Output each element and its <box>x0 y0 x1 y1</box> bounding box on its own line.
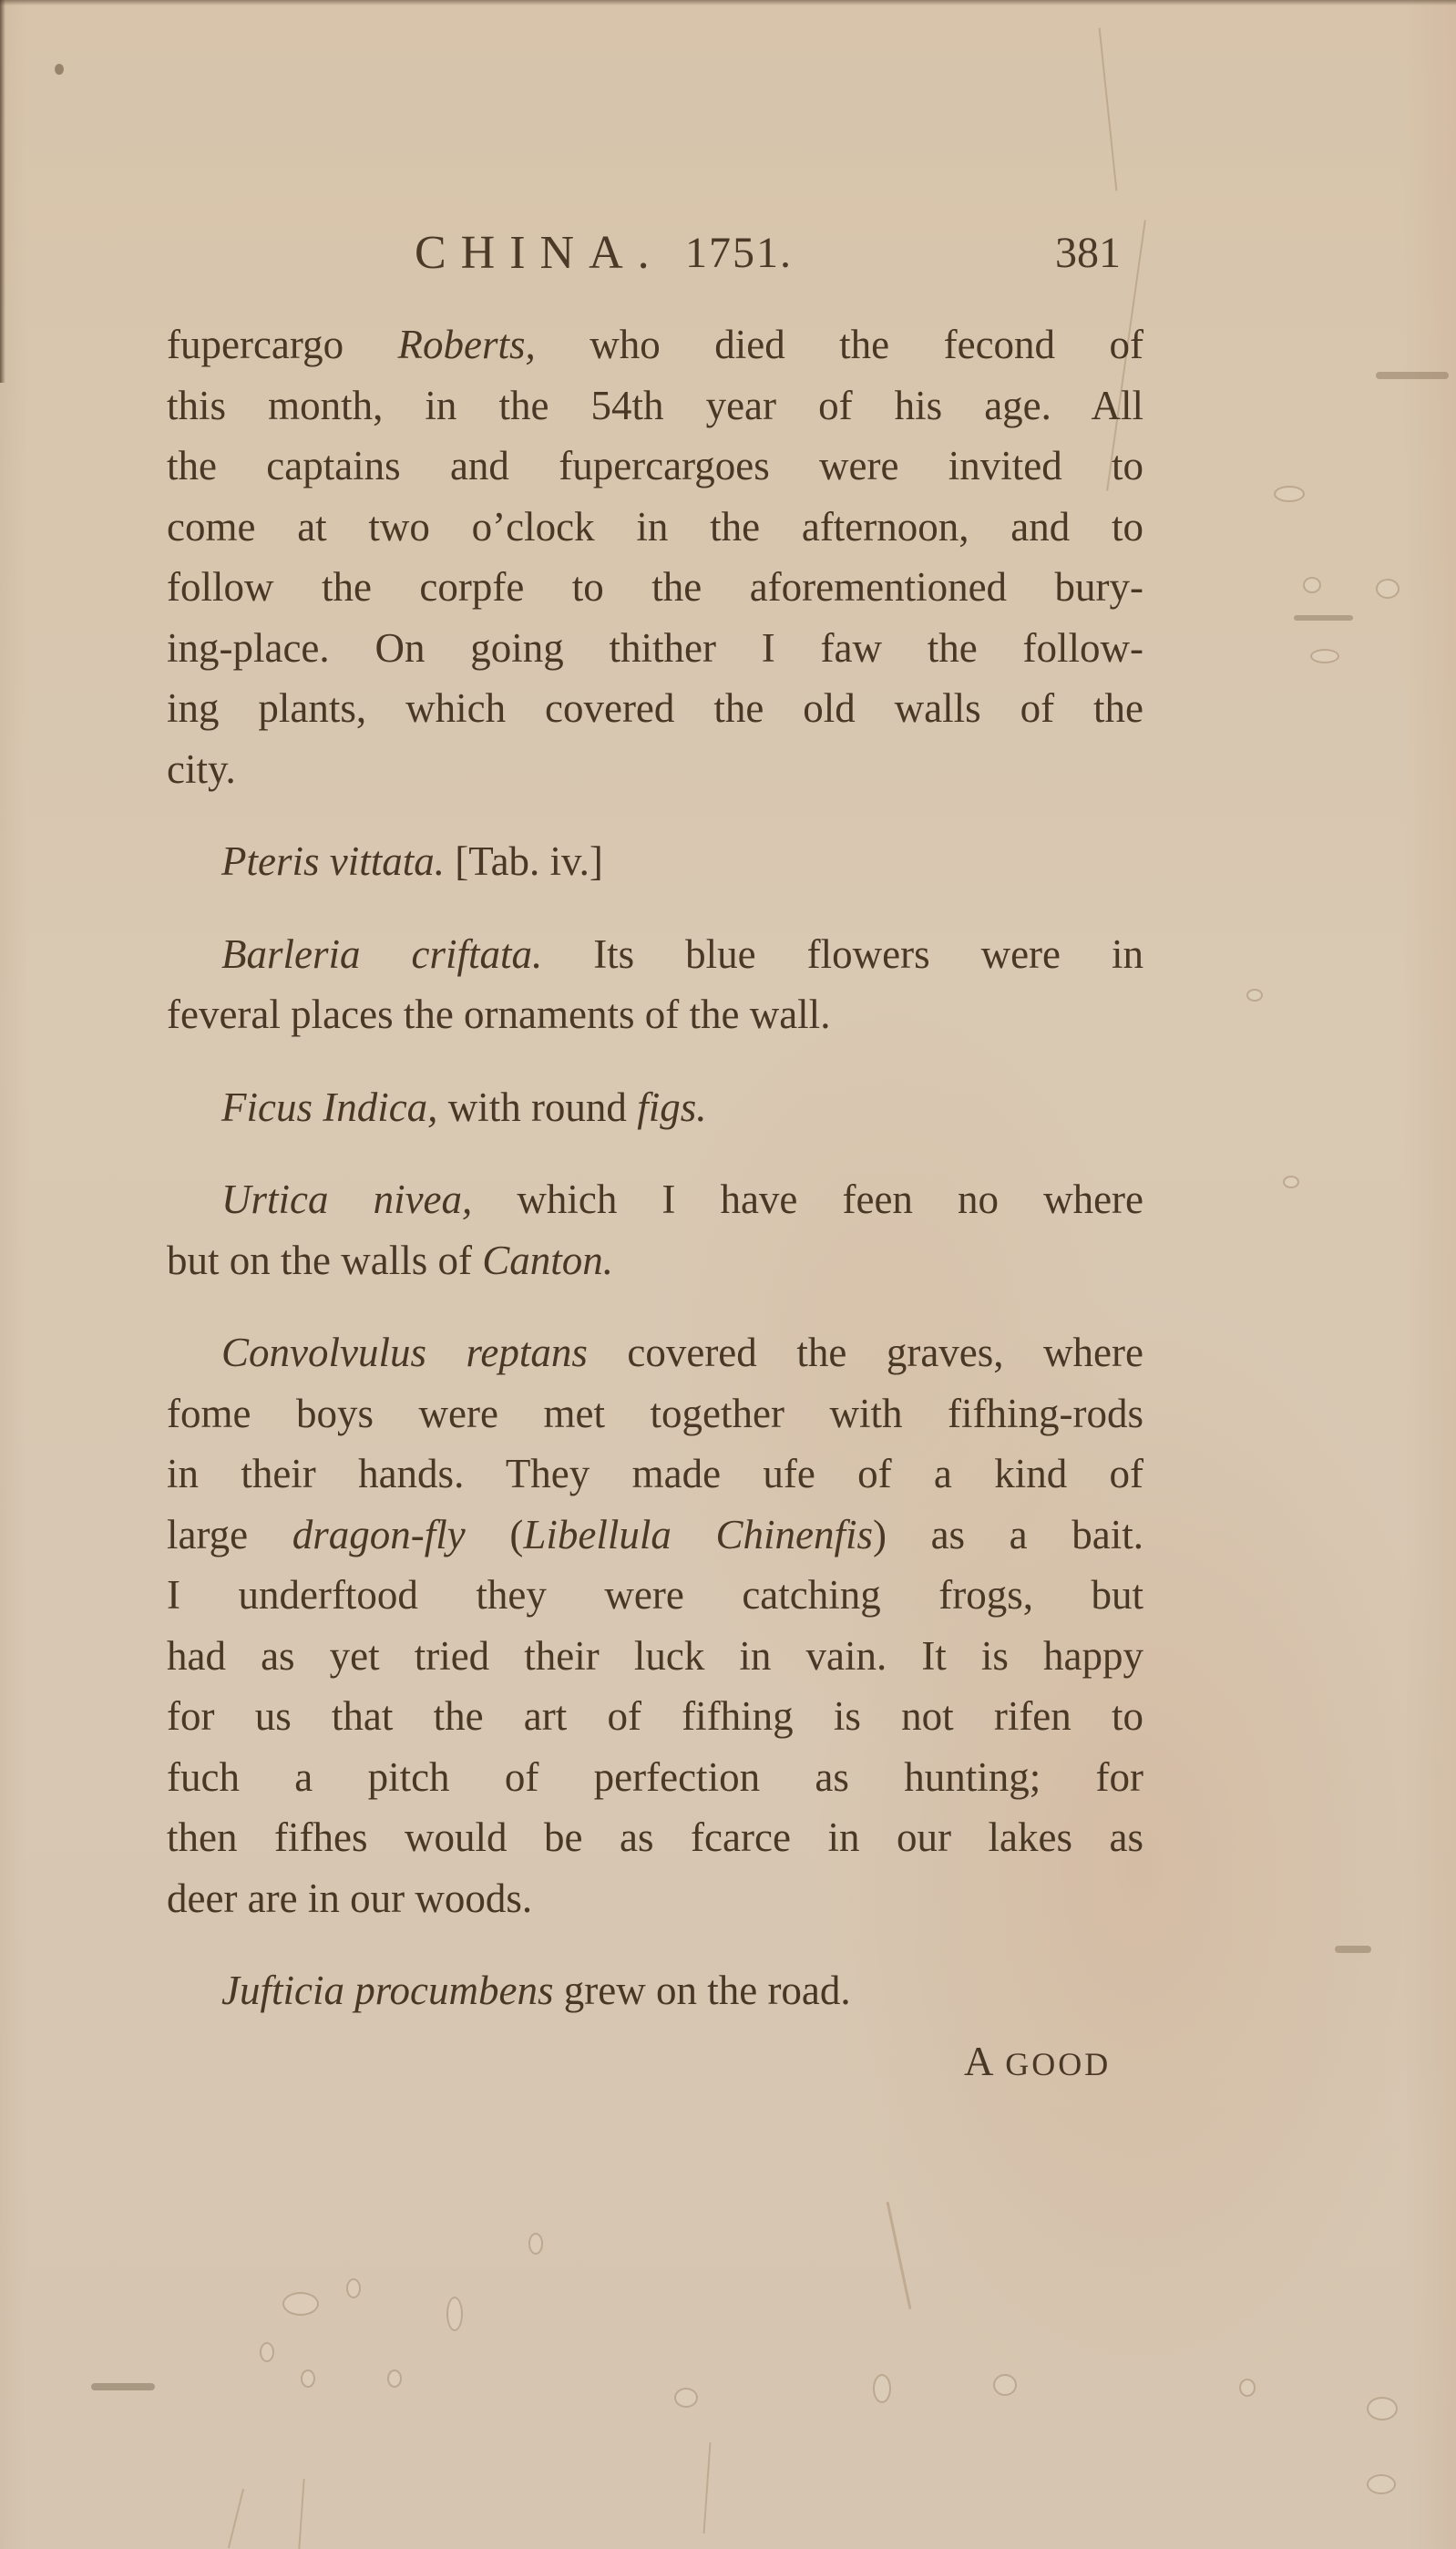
paragraph-justicia: Jufticia procumbens grew on the road. <box>167 1960 1143 2021</box>
species-name: Barleria criftata. <box>221 931 542 977</box>
text-line: large dragon-fly (Libellula Chinenfis) a… <box>167 1505 1143 1566</box>
text-line: follow the corpfe to the aforementioned … <box>167 557 1143 618</box>
paper-stain <box>91 2383 155 2390</box>
species-name: Jufticia procumbens <box>221 1968 554 2013</box>
text-line: feveral places the ornaments of the wall… <box>167 984 1143 1045</box>
text-line: fupercargo Roberts, who died the fecond … <box>167 314 1143 375</box>
page-top-edge <box>0 0 1456 5</box>
paper-crease <box>703 2442 712 2534</box>
paragraph-ficus: Ficus Indica, with round figs. <box>167 1077 1143 1138</box>
paper-crease <box>887 2202 912 2309</box>
paper-blemish <box>1283 1176 1299 1188</box>
paragraph-urtica: Urtica nivea, which I have feen no where… <box>167 1169 1143 1290</box>
species-name: Urtica nivea, <box>221 1177 472 1222</box>
paper-crease <box>298 2479 304 2549</box>
text-line: in their hands. They made ufe of a kind … <box>167 1444 1143 1505</box>
running-head-title: CHINA. <box>415 226 664 280</box>
paper-blemish <box>993 2374 1017 2396</box>
paragraph-funeral: fupercargo Roberts, who died the fecond … <box>167 314 1143 799</box>
page-binding-edge <box>0 0 5 383</box>
species-name: Pteris vittata. <box>221 838 445 884</box>
paper-blemish <box>1274 486 1305 502</box>
paragraph-pteris: Pteris vittata. [Tab. iv.] <box>167 831 1143 892</box>
paper-blemish <box>1246 989 1263 1002</box>
paper-blemish <box>446 2297 463 2331</box>
text-line: Pteris vittata. [Tab. iv.] <box>167 831 1143 892</box>
paper-crease <box>1099 27 1118 190</box>
paper-stain <box>1335 1946 1371 1953</box>
text-line: the captains and fupercargoes were invit… <box>167 436 1143 497</box>
paper-blemish <box>1303 577 1321 593</box>
species-name: Ficus Indica, <box>221 1084 437 1130</box>
place-name: Canton. <box>482 1238 613 1283</box>
text-line: I underftood they were catching frogs, b… <box>167 1565 1143 1626</box>
running-head: CHINA. 1751. 381 <box>0 226 1456 281</box>
text-line: Jufticia procumbens grew on the road. <box>167 1960 1143 2021</box>
text-line: Convolvulus reptans covered the graves, … <box>167 1322 1143 1383</box>
text-line: fuch a pitch of perfection as hunting; f… <box>167 1747 1143 1808</box>
person-name: Roberts, <box>398 322 536 367</box>
paper-blemish <box>1367 2474 1396 2494</box>
paper-blemish <box>873 2374 891 2403</box>
paper-stain <box>1294 615 1353 621</box>
text-line: city. <box>167 739 1143 800</box>
running-head-year: 1751. <box>685 228 793 278</box>
paper-blemish <box>1376 579 1400 599</box>
text-line: come at two o’clock in the afternoon, an… <box>167 497 1143 558</box>
text-line: this month, in the 54th year of his age.… <box>167 375 1143 437</box>
species-name: Convolvulus reptans <box>221 1330 588 1375</box>
paper-stain <box>55 64 64 75</box>
page-number: 381 <box>1055 228 1121 278</box>
paper-blemish <box>387 2369 402 2388</box>
paragraph-barleria: Barleria criftata. Its blue flowers were… <box>167 924 1143 1045</box>
paper-stain <box>1376 372 1449 379</box>
text-line: Ficus Indica, with round figs. <box>167 1077 1143 1138</box>
text-line: ing plants, which covered the old walls … <box>167 678 1143 739</box>
text-line: Urtica nivea, which I have feen no where <box>167 1169 1143 1230</box>
text-line: but on the walls of Canton. <box>167 1230 1143 1291</box>
text-line: then fifhes would be as fcarce in our la… <box>167 1807 1143 1868</box>
paper-blemish <box>674 2388 698 2408</box>
paper-blemish <box>528 2233 543 2255</box>
paper-blemish <box>1239 2379 1256 2397</box>
text-line: Barleria criftata. Its blue flowers were… <box>167 924 1143 985</box>
text-line: fome boys were met together with fifhing… <box>167 1383 1143 1444</box>
text-line: deer are in our woods. <box>167 1868 1143 1929</box>
paper-crease <box>228 2489 244 2548</box>
paragraph-convolvulus: Convolvulus reptans covered the graves, … <box>167 1322 1143 1928</box>
paper-blemish <box>260 2342 274 2362</box>
paper-blemish <box>301 2369 315 2388</box>
body-text: fupercargo Roberts, who died the fecond … <box>167 314 1143 2021</box>
text-line: for us that the art of fifhing is not ri… <box>167 1686 1143 1747</box>
paper-blemish <box>1310 649 1339 663</box>
species-name: Libellula Chinenfis <box>523 1512 873 1557</box>
catchword: A GOOD <box>964 2038 1111 2085</box>
text-line: ing-place. On going thither I faw the fo… <box>167 618 1143 679</box>
text-line: had as yet tried their luck in vain. It … <box>167 1626 1143 1687</box>
paper-blemish <box>1367 2397 1398 2421</box>
paper-blemish <box>282 2292 319 2316</box>
paper-blemish <box>346 2278 361 2298</box>
